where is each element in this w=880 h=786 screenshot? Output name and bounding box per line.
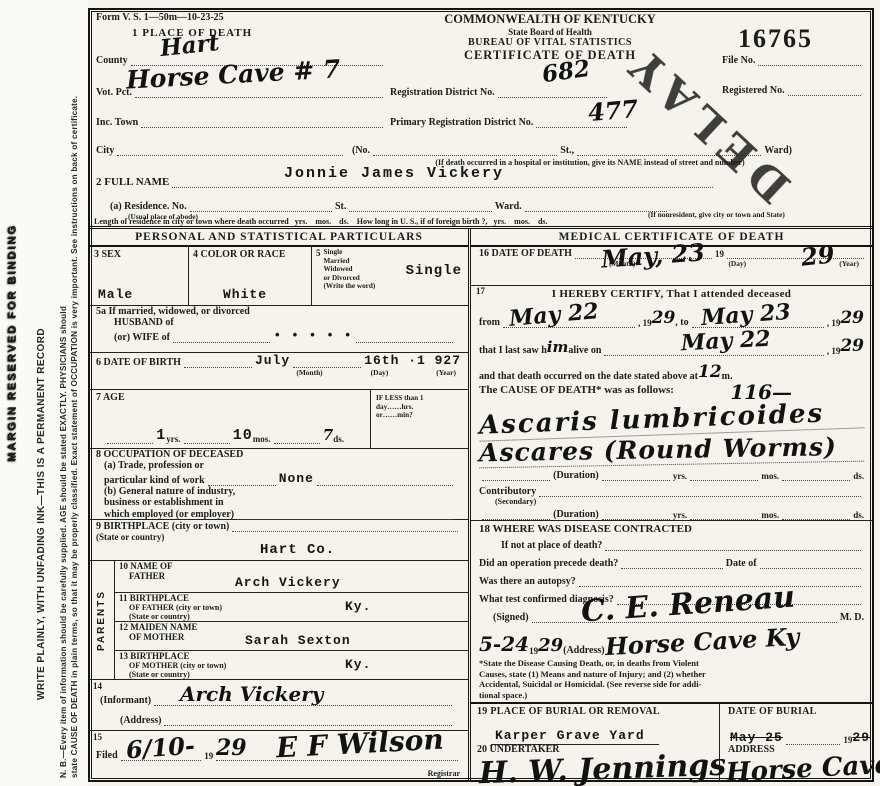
full-name-typed-value: Jonnie James Vickery [284, 165, 504, 182]
age-days-value: 7 [323, 426, 333, 444]
mother-name-value: Sarah Sexton [245, 633, 351, 648]
date-of-death-row: 16 DATE OF DEATH 19 (Month) (Day) (Year)… [471, 247, 872, 286]
residence-label: (a) Residence. No. [110, 201, 187, 212]
length-residence-label: Length of residence in city or town wher… [94, 217, 289, 226]
md-label: M. D. [840, 612, 864, 623]
mother-bp-value: Ky. [345, 657, 371, 672]
sex-cell: 3 SEX Male [90, 247, 189, 305]
mother-bp-label3: (State or country) [119, 670, 468, 679]
father-name-value: Arch Vickery [235, 575, 341, 590]
file-no-line: File No. [722, 54, 864, 66]
residence-st-label: St. [335, 201, 346, 212]
dob-label: 6 DATE OF BIRTH [96, 357, 181, 368]
primary-registration-value: 477 [587, 94, 639, 127]
registration-district-value: 682 [540, 55, 591, 88]
form-number: Form V. S. 1—50m—10-23-25 [96, 12, 224, 23]
registration-district-label: Registration District No. [390, 87, 495, 98]
occupation-blank1 [208, 474, 276, 486]
primary-registration-label: Primary Registration District No. [390, 117, 533, 128]
mother-name-label1: 12 MAIDEN NAME [119, 622, 468, 632]
physician-address-value: Horse Cave Ky [604, 622, 800, 661]
residence-ward-label: Ward. [495, 201, 522, 212]
registration-district-blank [498, 86, 607, 98]
footnote-line4: tional space.) [479, 690, 866, 701]
length-residence-line: Length of residence in city or town wher… [94, 217, 548, 226]
husband-wife-dots-value: • • • • • [273, 328, 352, 343]
wife-of-label: (or) WIFE of [96, 332, 170, 343]
certify-number: 17 [476, 286, 485, 296]
file-no-label: File No. [722, 55, 755, 66]
footnote-line1: *State the Disease Causing Death, or, in… [479, 658, 866, 669]
parents-rows: 10 NAME OF FATHER Arch Vickery 11 BIRTHP… [115, 561, 468, 679]
footnote-line2: Causes, state (1) Means and nature of In… [479, 669, 866, 680]
occupation-b3: which employed (or employer) [96, 509, 234, 520]
dod-value: May, 23 [600, 237, 706, 273]
howlong-yrs: yrs. [493, 217, 506, 226]
duration1-label: (Duration) [553, 470, 599, 481]
occupation-blank3 [237, 508, 453, 520]
occupation-label: 8 OCCUPATION OF DECEASED [96, 449, 468, 460]
occupation-blank2 [317, 474, 453, 486]
operation-label: Did an operation precede death? [479, 558, 618, 569]
margin-nb-note: N. B.—Every item of information should b… [58, 96, 80, 778]
occurred-label: and that death occurred on the date stat… [479, 371, 698, 382]
certify-block: 17 I HEREBY CERTIFY, That I attended dec… [471, 286, 872, 382]
race-cell: 4 COLOR OR RACE White [189, 247, 312, 305]
duration2-blank0 [482, 508, 550, 520]
date-of-burial-cell: DATE OF BURIAL May 25 19 29 ADDRESS Hors… [720, 704, 872, 780]
dob-day-sub: (Day) [371, 368, 389, 377]
cause-line2-value: Ascares (Round Worms) [479, 432, 864, 469]
filed-row: 15 Filed 19 6/10- 29 E F Wilson Registra… [90, 731, 468, 780]
certify-text: I HEREBY CERTIFY, That I attended deceas… [479, 288, 864, 300]
dob-year-sub: (Year) [436, 368, 456, 377]
sex-value: Male [98, 287, 133, 302]
not-at-blank [605, 539, 861, 551]
not-at-label: If not at place of death? [479, 540, 602, 551]
registered-no-line: Registered No. [722, 84, 864, 96]
inc-town-label: Inc. Town [96, 117, 138, 128]
full-name-label: 2 FULL NAME [96, 176, 169, 188]
age-yrs-label: yrs. [166, 434, 180, 444]
residence-st-blank [349, 200, 491, 212]
date-of-label: Date of [726, 558, 757, 569]
city-st-label: St., [560, 145, 574, 156]
duration1-blank0 [482, 469, 550, 481]
informant-number: 14 [93, 681, 102, 691]
age-label: 7 AGE [90, 390, 370, 403]
contributory-blank [539, 485, 861, 497]
informant-label: (Informant) [100, 695, 151, 706]
father-name-label1: 10 NAME OF [119, 561, 468, 571]
from-year-value: 29 [652, 308, 676, 328]
inc-town-blank [141, 116, 383, 128]
city-no-label: (No. [352, 145, 370, 156]
margin-nb-line1: N. B.—Every item of information should b… [58, 96, 69, 778]
duration1-mos: mos. [761, 471, 779, 481]
burial-date-year: 29 [852, 730, 870, 745]
operation-blank [621, 557, 722, 569]
cause-block: The CAUSE OF DEATH* was as follows: 116—… [471, 382, 872, 520]
to-label: , to [675, 317, 688, 328]
registered-no-blank [788, 84, 861, 96]
duration1-blank2 [690, 469, 758, 481]
dob-month-value: July [255, 353, 290, 368]
marital-options: Single Married Widowed or Divorced (Writ… [324, 248, 376, 291]
county-label: County [96, 55, 128, 66]
burial-date-blank [786, 733, 841, 745]
if-less-line3: or……min? [376, 411, 468, 420]
from-label: from [479, 317, 500, 328]
mother-name-row: 12 MAIDEN NAME OF MOTHER Sarah Sexton [115, 622, 468, 651]
mother-bp-label1: 13 BIRTHPLACE [119, 651, 468, 661]
autopsy-label: Was there an autopsy? [479, 576, 576, 587]
duration1-blank3 [782, 469, 850, 481]
wife-of-blank2 [356, 331, 453, 343]
informant-address-label: (Address) [120, 715, 161, 726]
duration2-blank1 [602, 508, 670, 520]
certificate-number: 16765 [738, 24, 813, 54]
dod-19: 19 [715, 249, 724, 259]
signed-label: (Signed) [479, 612, 529, 623]
burial-address-value: Horse Cave [725, 750, 880, 786]
marital-write-word: (Write the word) [324, 282, 376, 291]
dob-month-sub: (Month) [296, 368, 322, 377]
residence-ward-blank [525, 200, 667, 212]
dod-year-sub: (Year) [839, 259, 859, 268]
alive-19: , 19 [827, 346, 841, 356]
city-blank [117, 144, 343, 156]
margin-write-plainly-text: WRITE PLAINLY, WITH UNFADING INK—THIS IS… [36, 328, 47, 700]
alive-date-value: May 22 [680, 326, 771, 357]
age-row: 7 AGE 1 yrs. 10 mos. 7 ds. [90, 390, 468, 449]
cause-label: The CAUSE OF DEATH* was as follows: [479, 384, 864, 396]
parents-block: PARENTS 10 NAME OF FATHER Arch Vickery 1… [90, 561, 468, 680]
dob-blank1 [184, 356, 252, 368]
informant-value: Arch Vickery [180, 682, 323, 706]
signature-19: 19 [529, 646, 538, 656]
dob-blank2 [293, 356, 361, 368]
place-of-burial-cell: 19 PLACE OF BURIAL OR REMOVAL Karper Gra… [471, 704, 720, 780]
marital-number: 5 [316, 248, 321, 291]
filed-19: 19 [204, 751, 213, 761]
burial-date-19: 19 [843, 735, 852, 745]
husband-wife-row: 5a If married, widowed, or divorced HUSB… [90, 306, 468, 353]
place-of-burial-value: Karper Grave Yard [491, 728, 659, 745]
burial-block: 19 PLACE OF BURIAL OR REMOVAL Karper Gra… [471, 702, 872, 780]
duration1-yrs: yrs. [673, 471, 687, 481]
age-mos-label: mos. [253, 434, 271, 444]
father-bp-label3: (State or country) [119, 612, 468, 621]
date-of-burial-label: DATE OF BURIAL [720, 704, 872, 717]
where-label: 18 WHERE WAS DISEASE CONTRACTED [479, 523, 864, 535]
registered-no-label: Registered No. [722, 85, 785, 96]
dob-year-value: 1 927 [417, 353, 461, 368]
age-ds-label: ds. [333, 434, 344, 444]
where-contracted-block: 18 WHERE WAS DISEASE CONTRACTED If not a… [471, 520, 872, 656]
duration2-ds: ds. [853, 510, 864, 520]
race-label: 4 COLOR OR RACE [189, 247, 311, 260]
city-line: City [96, 144, 346, 156]
dod-blank2 [727, 247, 864, 259]
filed-year-value: 29 [216, 735, 247, 761]
death-certificate: Form V. S. 1—50m—10-23-25 1 PLACE OF DEA… [88, 8, 874, 782]
mother-bp-label2: OF MOTHER (city or town) [119, 661, 468, 670]
dod-day-sub: (Day) [728, 259, 746, 268]
birthplace-blank [232, 520, 458, 532]
occupation-value: None [279, 471, 314, 486]
sex-race-marital-row: 3 SEX Male 4 COLOR OR RACE White 5 Singl… [90, 247, 468, 306]
husband-wife-label: 5a If married, widowed, or divorced [96, 306, 468, 317]
how-long-label: How long in U. S., if of foreign birth ?… [357, 217, 488, 226]
birthplace-row: 9 BIRTHPLACE (city or town) (State or co… [90, 520, 468, 561]
age-cell: 7 AGE 1 yrs. 10 mos. 7 ds. [90, 390, 370, 448]
father-birthplace-row: 11 BIRTHPLACE OF FATHER (city or town) (… [115, 593, 468, 622]
to-19: , 19 [827, 318, 841, 328]
marital-labels: 5 Single Married Widowed or Divorced (Wr… [316, 248, 375, 291]
personal-statistical-column: PERSONAL AND STATISTICAL PARTICULARS 3 S… [90, 229, 471, 780]
address-paren-label: (Address) [563, 645, 604, 656]
age-years-value: 1 [156, 427, 166, 444]
burial-date-value: May 25 [730, 730, 783, 745]
mother-birthplace-row: 13 BIRTHPLACE OF MOTHER (city or town) (… [115, 651, 468, 679]
margin-binding-text: MARGIN RESERVED FOR BINDING [6, 224, 18, 462]
age-blank2 [274, 432, 320, 444]
duration2-blank2 [690, 508, 758, 520]
residence-line: (a) Residence. No. St. Ward. [110, 200, 670, 212]
birthplace-label: 9 BIRTHPLACE (city or town) [96, 521, 229, 532]
occupation-a1: (a) Trade, profession or [96, 460, 468, 471]
dob-day-value: 16th · [364, 353, 417, 368]
birthplace-sub: (State or country) [96, 532, 468, 542]
marital-cell: 5 Single Married Widowed or Divorced (Wr… [312, 247, 468, 305]
city-label: City [96, 145, 114, 156]
length-mos: mos. [315, 217, 331, 226]
margin-nb-line2: state CAUSE OF DEATH in plain terms, so … [69, 96, 80, 778]
father-bp-label1: 11 BIRTHPLACE [119, 593, 468, 603]
age-blank1 [184, 432, 230, 444]
marital-option-divorced: or Divorced [324, 274, 376, 283]
columns-section: PERSONAL AND STATISTICAL PARTICULARS 3 S… [90, 226, 872, 780]
signature-year-value: 29 [538, 635, 563, 656]
duration2-label: (Duration) [553, 509, 599, 520]
father-bp-label2: OF FATHER (city or town) [119, 603, 468, 612]
marital-value: Single [406, 263, 462, 279]
place-of-burial-label: 19 PLACE OF BURIAL OR REMOVAL [471, 704, 719, 717]
marital-option-single: Single [324, 248, 376, 257]
alive-label: alive on [568, 345, 601, 356]
commonwealth-title: COMMONWEALTH OF KENTUCKY [410, 12, 690, 27]
registrar-label: Registrar [428, 769, 460, 778]
alive-year-value: 29 [840, 336, 864, 356]
from-19: , 19 [638, 318, 652, 328]
if-less-line2: day……hrs. [376, 403, 468, 412]
howlong-ds: ds. [538, 217, 548, 226]
occupation-a2: particular kind of work [96, 475, 205, 486]
marital-option-widowed: Widowed [324, 265, 376, 274]
race-value: White [223, 287, 267, 302]
date-of-birth-row: 6 DATE OF BIRTH July 16th · 1 927 (Month… [90, 353, 468, 390]
age-blank0 [107, 432, 153, 444]
last-saw-hand: im [547, 338, 569, 356]
date-of-blank [760, 557, 861, 569]
occupation-row: 8 OCCUPATION OF DECEASED (a) Trade, prof… [90, 449, 468, 520]
parents-side-text: PARENTS [97, 589, 108, 650]
occupation-b1: (b) General nature of industry, [96, 486, 468, 497]
filed-date-value: 6/10- [125, 731, 196, 765]
length-yrs: yrs. [295, 217, 308, 226]
dob-sublabels: (Month) (Day) (Year) [96, 368, 456, 377]
occurred-time-value: 12 [698, 362, 722, 382]
signature-date-value: 5-24 [479, 632, 529, 656]
file-no-blank [758, 54, 861, 66]
if-less-cell: IF LESS than 1 day……hrs. or……min? [370, 390, 468, 448]
filed-number: 15 [93, 732, 102, 742]
wife-of-blank [173, 331, 270, 343]
registration-district-line: Registration District No. [390, 86, 610, 98]
contributory-label: Contributory [479, 486, 536, 497]
scanned-certificate: MARGIN RESERVED FOR BINDING WRITE PLAINL… [0, 0, 880, 786]
dod-year-value: 29 [800, 239, 836, 271]
age-months-value: 10 [233, 427, 253, 444]
howlong-mos: mos. [514, 217, 530, 226]
duration2-mos: mos. [761, 510, 779, 520]
marital-option-married: Married [324, 257, 376, 266]
secondary-label: (Secondary) [479, 497, 864, 506]
if-less-line1: IF LESS than 1 [376, 394, 468, 403]
parents-side-label: PARENTS [90, 561, 115, 679]
duration1-blank1 [602, 469, 670, 481]
duration1-ds: ds. [853, 471, 864, 481]
footnote-line3: Accidental, Suicidal or Homicidal. (See … [479, 679, 866, 690]
personal-title: PERSONAL AND STATISTICAL PARTICULARS [90, 229, 468, 247]
birthplace-value: Hart Co. [260, 542, 335, 558]
city-no-blank [373, 144, 557, 156]
last-saw-label: that I last saw h [479, 345, 547, 356]
length-ds: ds. [339, 217, 349, 226]
dod-label: 16 DATE OF DEATH [479, 248, 572, 259]
father-bp-value: Ky. [345, 599, 371, 614]
husband-of-label: HUSBAND of [96, 317, 468, 328]
residence-no-blank [190, 200, 332, 212]
filed-label: Filed [96, 750, 118, 761]
cause-footnote: *State the Disease Causing Death, or, in… [471, 656, 872, 702]
occupation-b2: business or establishment in [96, 497, 468, 508]
inc-town-line: Inc. Town [96, 116, 386, 128]
medical-certificate-column: MEDICAL CERTIFICATE OF DEATH 16 DATE OF … [471, 229, 872, 780]
sex-label: 3 SEX [90, 247, 188, 260]
father-name-row: 10 NAME OF FATHER Arch Vickery [115, 561, 468, 593]
burial-address-label: ADDRESS [728, 744, 775, 755]
duration2-blank3 [782, 508, 850, 520]
to-year-value: 29 [840, 308, 864, 328]
duration2-yrs: yrs. [673, 510, 687, 520]
